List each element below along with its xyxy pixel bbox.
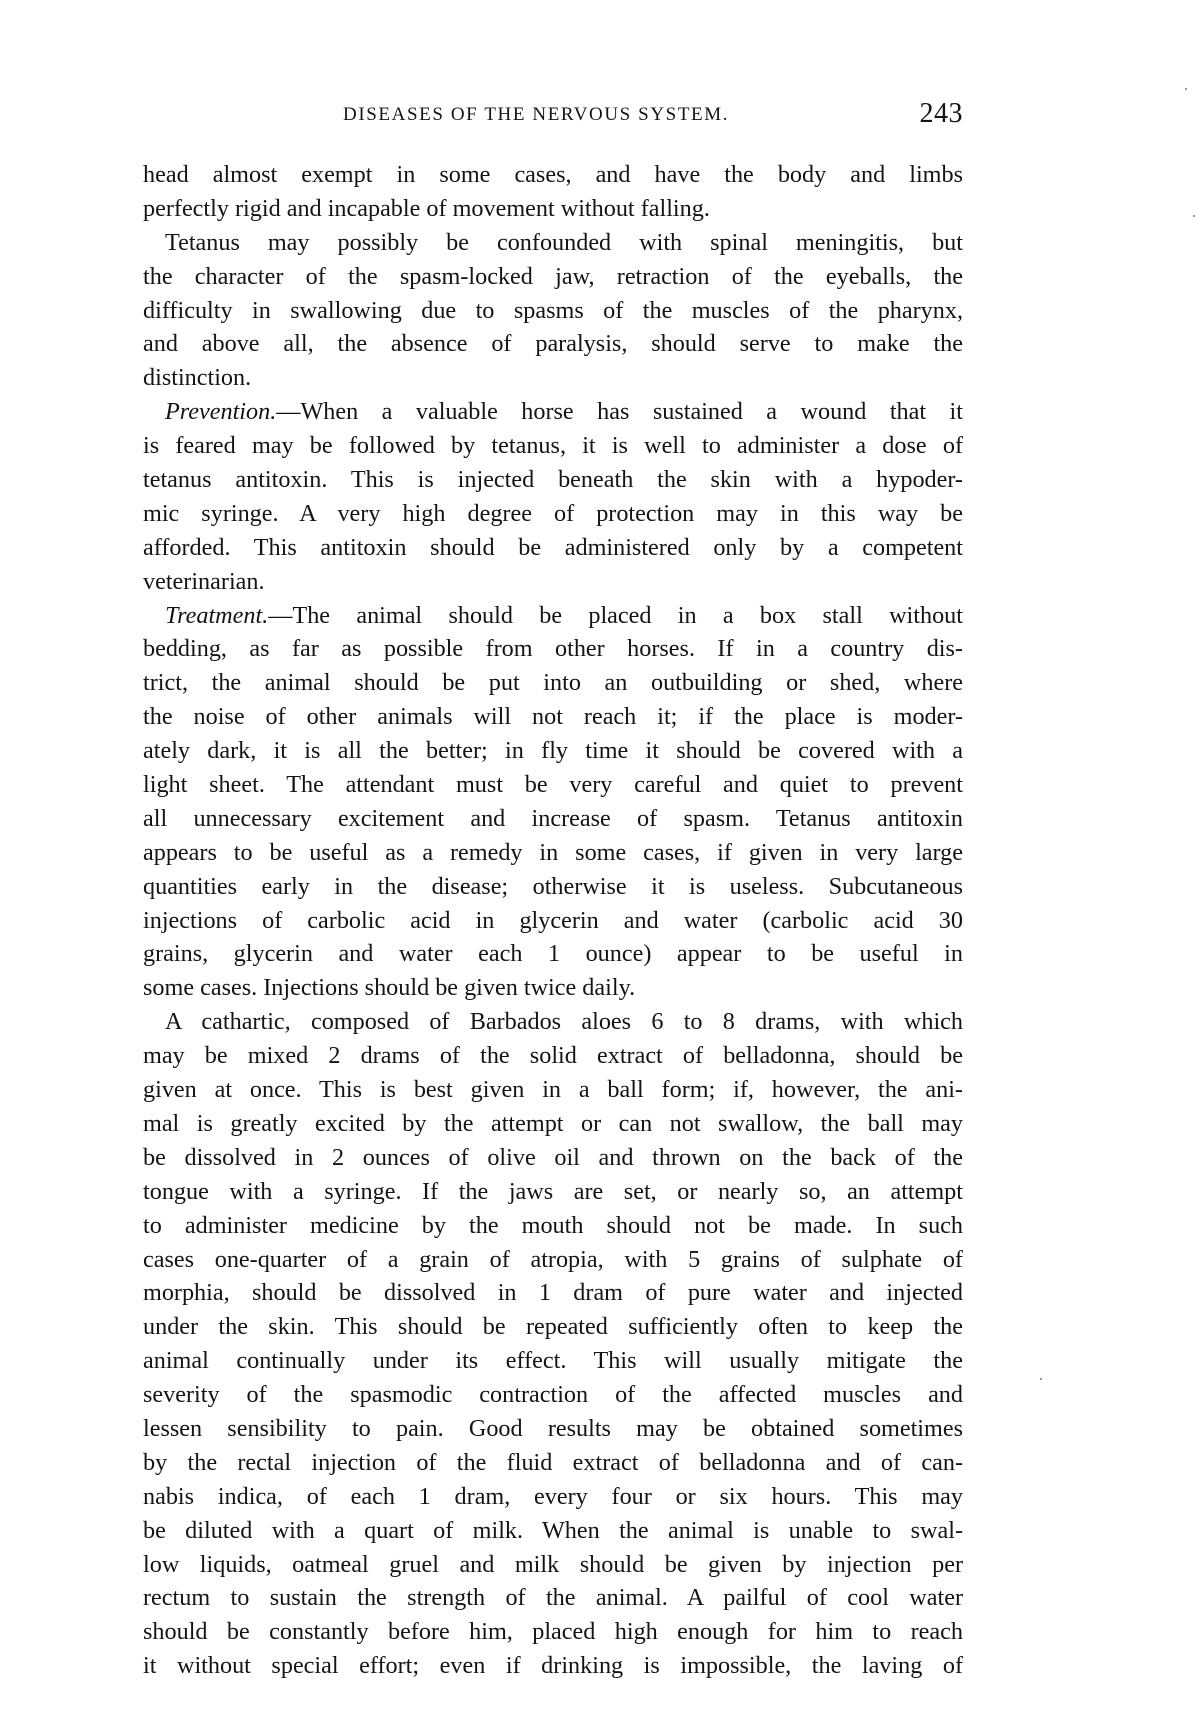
text-line: difficulty in swallowing due to spasms o… bbox=[143, 294, 963, 328]
paragraph-differential-diagnosis: Tetanus may possibly be confounded with … bbox=[143, 226, 963, 395]
text-line: be diluted with a quart of milk. When th… bbox=[143, 1514, 963, 1548]
text-line: distinction. bbox=[143, 361, 963, 395]
text-line: it without special effort; even if drink… bbox=[143, 1649, 963, 1683]
text-line: low liquids, oatmeal gruel and milk shou… bbox=[143, 1548, 963, 1582]
paragraph-prevention: Prevention.—When a valuable horse has su… bbox=[143, 395, 963, 598]
paragraph-cathartic: A cathartic, composed of Barbados aloes … bbox=[143, 1005, 963, 1683]
running-head: DISEASES OF THE NERVOUS SYSTEM. 243 bbox=[143, 98, 963, 132]
page-number: 243 bbox=[920, 98, 964, 130]
text-line: to administer medicine by the mouth shou… bbox=[143, 1209, 963, 1243]
text-line: mal is greatly excited by the attempt or… bbox=[143, 1107, 963, 1141]
text-line: quantities early in the disease; otherwi… bbox=[143, 870, 963, 904]
text-line: head almost exempt in some cases, and ha… bbox=[143, 158, 963, 192]
scan-speck bbox=[1193, 215, 1195, 217]
text-line: tetanus antitoxin. This is injected bene… bbox=[143, 463, 963, 497]
text-line: may be mixed 2 drams of the solid extrac… bbox=[143, 1039, 963, 1073]
text-line: grains, glycerin and water each 1 ounce)… bbox=[143, 937, 963, 971]
text-line: injections of carbolic acid in glycerin … bbox=[143, 904, 963, 938]
text-line: under the skin. This should be repeated … bbox=[143, 1310, 963, 1344]
scan-speck bbox=[1185, 88, 1187, 90]
section-heading-prevention: Prevention. bbox=[165, 398, 276, 425]
text-line: appears to be useful as a remedy in some… bbox=[143, 836, 963, 870]
body-text: head almost exempt in some cases, and ha… bbox=[143, 158, 963, 1683]
text-line: is feared may be followed by tetanus, it… bbox=[143, 429, 963, 463]
text-line: the character of the spasm-locked jaw, r… bbox=[143, 260, 963, 294]
text-line: all unnecessary excitement and increase … bbox=[143, 802, 963, 836]
text-line: by the rectal injection of the fluid ext… bbox=[143, 1446, 963, 1480]
text-line: nabis indica, of each 1 dram, every four… bbox=[143, 1480, 963, 1514]
text-line: cases one-quarter of a grain of atropia,… bbox=[143, 1243, 963, 1277]
text-line: rectum to sustain the strength of the an… bbox=[143, 1581, 963, 1615]
text-line: lessen sensibility to pain. Good results… bbox=[143, 1412, 963, 1446]
text-line: tongue with a syringe. If the jaws are s… bbox=[143, 1175, 963, 1209]
text-line: animal continually under its effect. Thi… bbox=[143, 1344, 963, 1378]
text-line: morphia, should be dissolved in 1 dram o… bbox=[143, 1276, 963, 1310]
scan-speck bbox=[1040, 1378, 1042, 1380]
text-line: light sheet. The attendant must be very … bbox=[143, 768, 963, 802]
text-line: ately dark, it is all the better; in fly… bbox=[143, 734, 963, 768]
text-line: perfectly rigid and incapable of movemen… bbox=[143, 192, 963, 226]
text-line: A cathartic, composed of Barbados aloes … bbox=[143, 1005, 963, 1039]
text-line: Tetanus may possibly be confounded with … bbox=[143, 226, 963, 260]
text-line: and above all, the absence of paralysis,… bbox=[143, 327, 963, 361]
text-line: Treatment.—The animal should be placed i… bbox=[143, 599, 963, 633]
text-line: Prevention.—When a valuable horse has su… bbox=[143, 395, 963, 429]
text-line: some cases. Injections should be given t… bbox=[143, 971, 963, 1005]
text-line: trict, the animal should be put into an … bbox=[143, 666, 963, 700]
text-line: should be constantly before him, placed … bbox=[143, 1615, 963, 1649]
text-line: veterinarian. bbox=[143, 565, 963, 599]
section-heading-treatment: Treatment. bbox=[165, 602, 268, 629]
text-line: the noise of other animals will not reac… bbox=[143, 700, 963, 734]
paragraph-treatment: Treatment.—The animal should be placed i… bbox=[143, 599, 963, 1006]
running-title: DISEASES OF THE NERVOUS SYSTEM. bbox=[343, 104, 729, 126]
book-page: DISEASES OF THE NERVOUS SYSTEM. 243 head… bbox=[0, 0, 1200, 1722]
paragraph-continued: head almost exempt in some cases, and ha… bbox=[143, 158, 963, 226]
text-line: be dissolved in 2 ounces of olive oil an… bbox=[143, 1141, 963, 1175]
text-line: bedding, as far as possible from other h… bbox=[143, 632, 963, 666]
text-line: given at once. This is best given in a b… bbox=[143, 1073, 963, 1107]
text-line: afforded. This antitoxin should be admin… bbox=[143, 531, 963, 565]
text-line: mic syringe. A very high degree of prote… bbox=[143, 497, 963, 531]
text-line: severity of the spasmodic contraction of… bbox=[143, 1378, 963, 1412]
